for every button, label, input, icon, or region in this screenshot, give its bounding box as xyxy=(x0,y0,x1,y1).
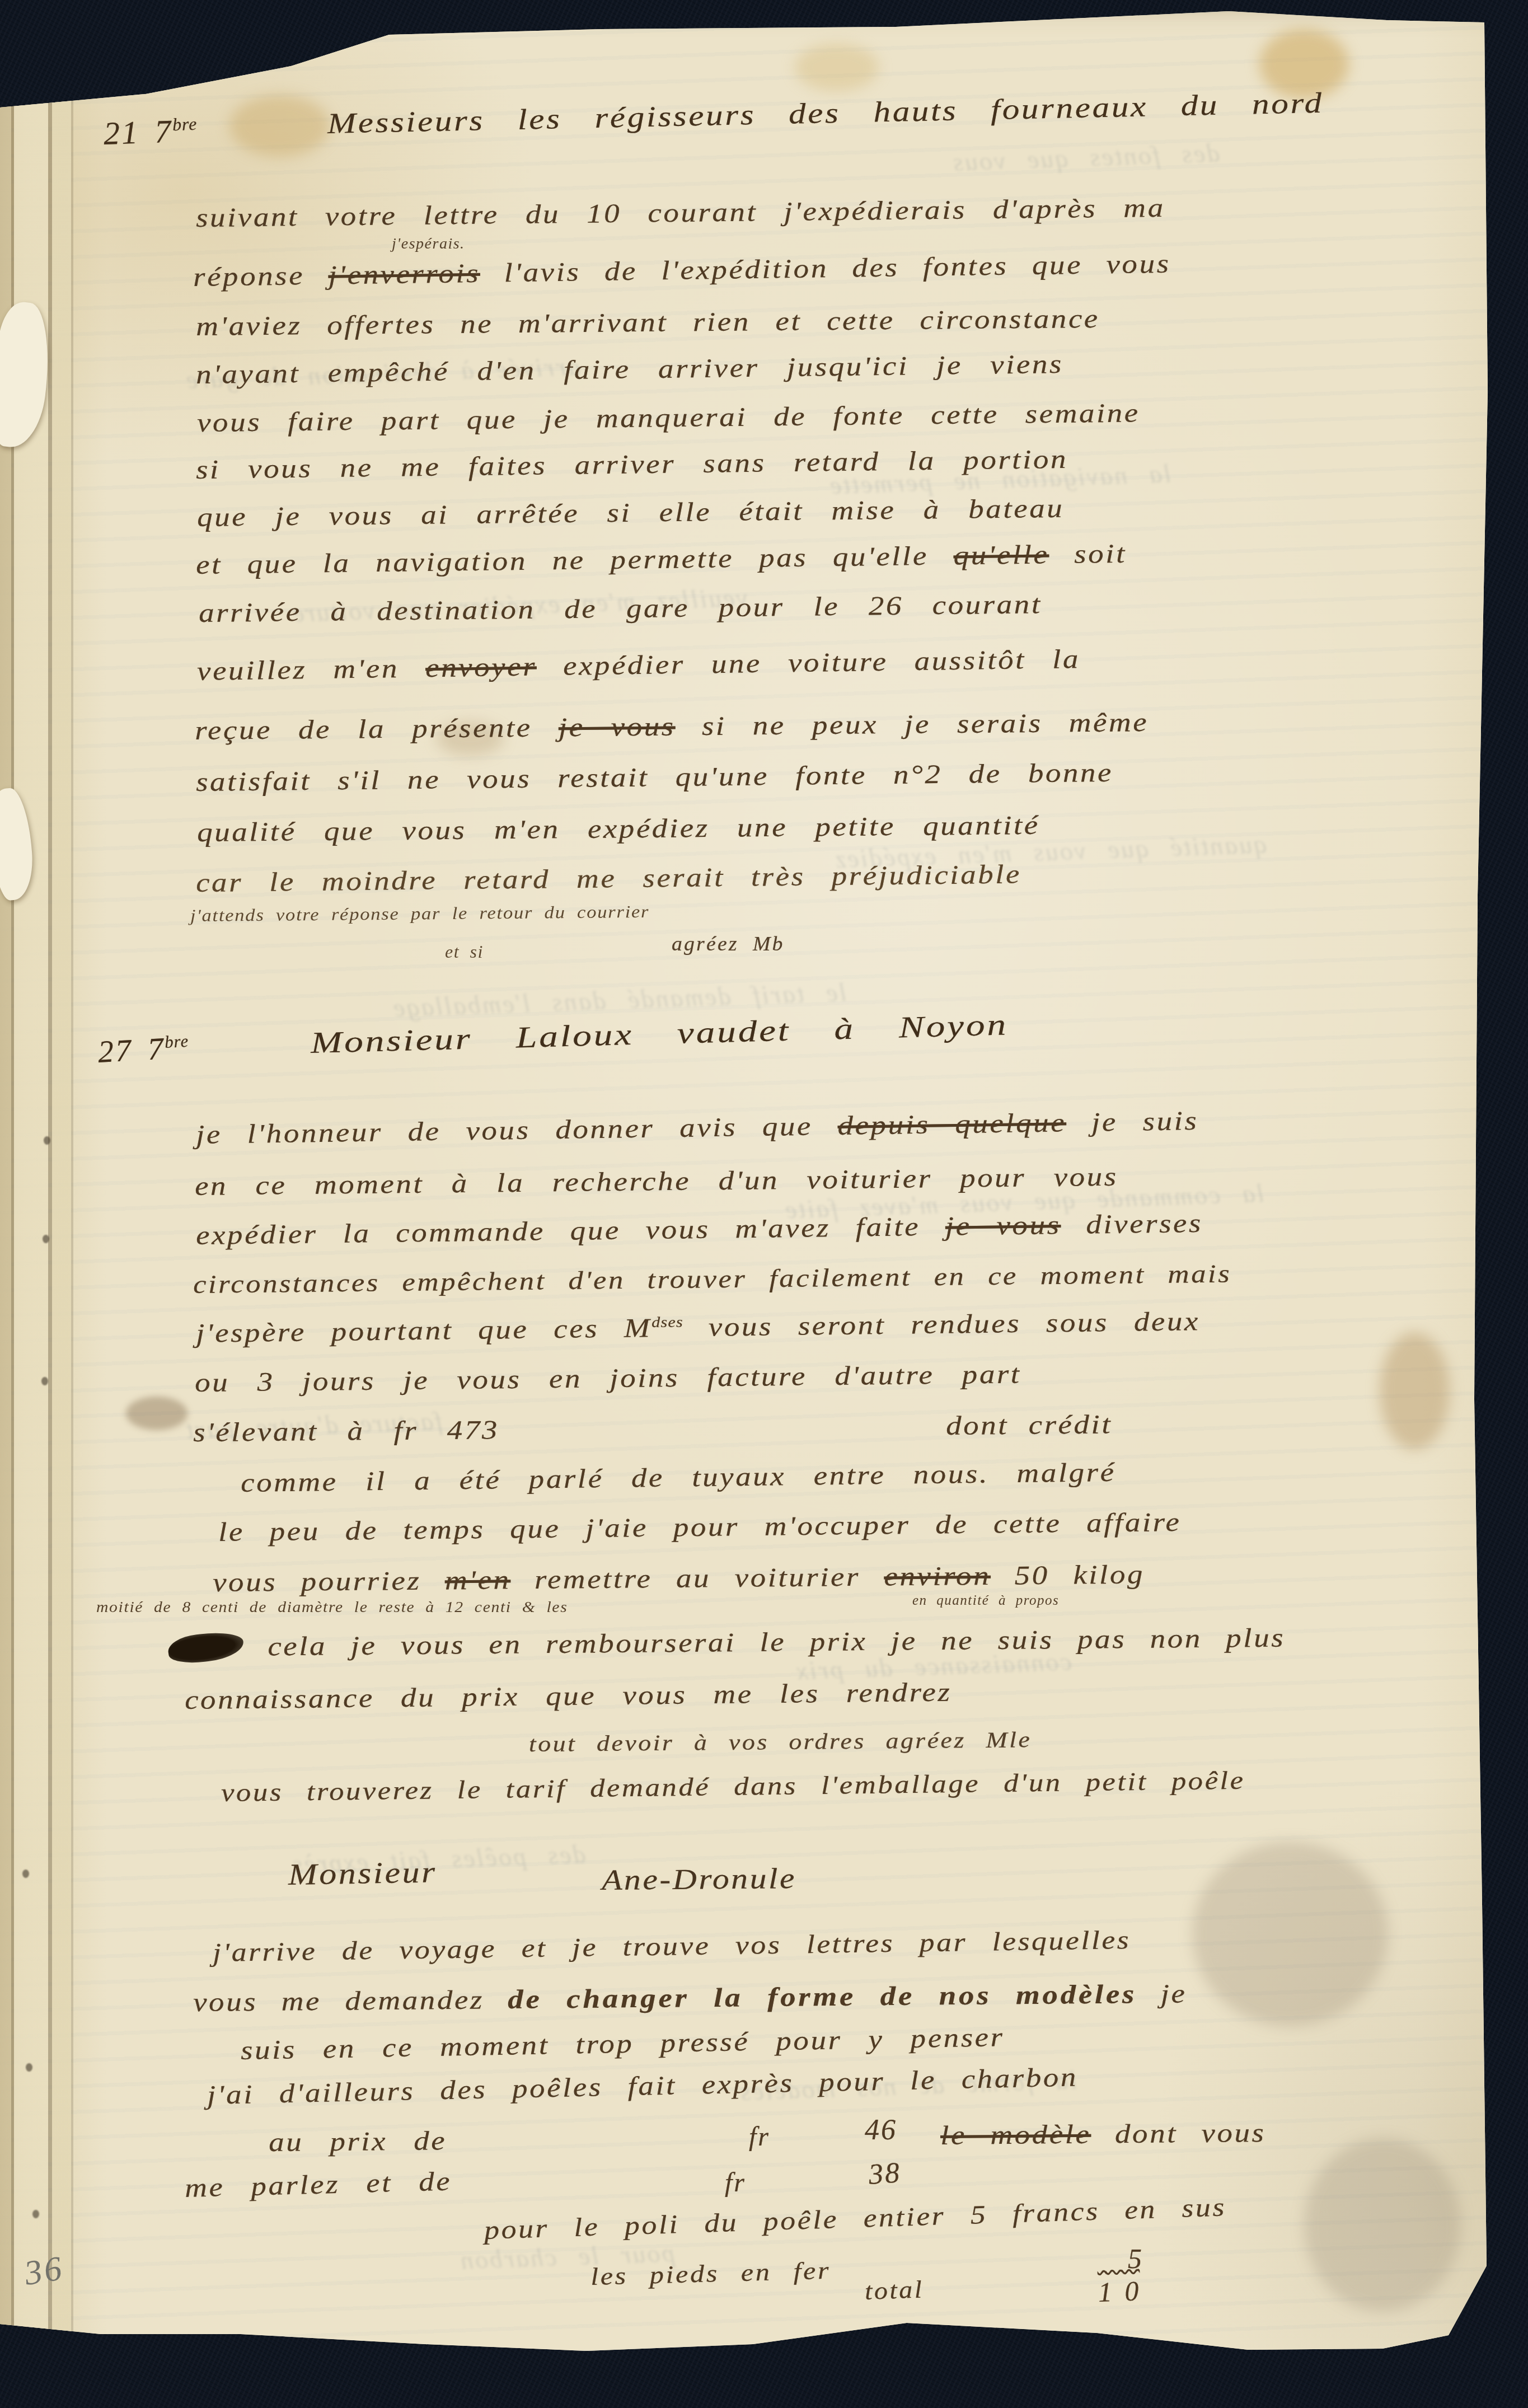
sewing-hole xyxy=(32,2210,39,2218)
letter-undated-line: j'ai d'ailleurs des poêles fait exprès p… xyxy=(207,2062,1078,2111)
letter-21-septembre-line: vous faire part que je manquerai de font… xyxy=(197,397,1140,438)
letter-undated-line: le modèle dont vous xyxy=(940,2117,1266,2151)
letter-undated-line: Monsieur xyxy=(288,1854,437,1892)
ink-stain xyxy=(229,95,330,157)
letter-undated-line: au prix de xyxy=(269,2125,447,2158)
letter-undated-line: j'arrive de voyage et je trouve vos lett… xyxy=(213,1925,1131,1968)
letter-27-septembre-line: 27 7bre xyxy=(97,1030,190,1070)
superscript: bre xyxy=(172,114,198,135)
struck-word: le modèle xyxy=(940,2120,1091,2151)
sewing-hole xyxy=(41,1377,48,1385)
struck-word: je vous xyxy=(945,1210,1061,1242)
letter-27-septembre-line: vous trouverez le tarif demandé dans l'e… xyxy=(221,1765,1245,1807)
letter-21-septembre-line: satisfait s'il ne vous restait qu'une fo… xyxy=(196,757,1113,798)
manuscript-page: des fontes que vousarrivée à destination… xyxy=(0,0,1528,2408)
letter-21-septembre-line: m'aviez offertes ne m'arrivant rien et c… xyxy=(196,303,1100,342)
struck-word: m'en xyxy=(445,1565,511,1595)
letter-27-septembre-line: vous pourriez m'en remettre au voiturier… xyxy=(213,1559,1145,1598)
letter-undated-line: total xyxy=(864,2275,924,2306)
letter-27-septembre-line: ou 3 jours je vous en joins facture d'au… xyxy=(195,1359,1021,1398)
sewing-hole xyxy=(44,1136,50,1145)
letter-undated-line: les pieds en fer xyxy=(590,2256,831,2291)
ink-blot xyxy=(166,1629,246,1666)
letter-undated-line: me parlez et de xyxy=(184,2166,452,2204)
sewing-hole xyxy=(43,1235,49,1243)
letter-21-septembre-line: réponse j'enverrois l'avis de l'expéditi… xyxy=(193,249,1171,293)
letter-undated-line: fr xyxy=(749,2121,770,2152)
letter-undated-line: 5 xyxy=(1128,2242,1143,2275)
letter-21-septembre-line: et que la navigation ne permette pas qu'… xyxy=(196,538,1127,580)
letter-21-septembre-line: et si xyxy=(445,941,484,962)
letter-27-septembre-line: dont crédit xyxy=(946,1409,1113,1441)
superscript: dses xyxy=(651,1313,683,1331)
letter-21-septembre-line: suivant votre lettre du 10 courant j'exp… xyxy=(196,193,1165,233)
letter-undated-line: 38 xyxy=(868,2156,902,2191)
letter-21-septembre-line: Messieurs les régisseurs des hauts fourn… xyxy=(327,87,1324,140)
ink-smear xyxy=(126,1397,188,1430)
letter-21-septembre-line: j'espérais. xyxy=(392,235,465,253)
struck-word: envoyer xyxy=(425,652,537,683)
struck-word: qu'elle xyxy=(953,540,1049,570)
folio-page-number: 36 xyxy=(22,2248,67,2294)
letter-21-septembre-line: reçue de la présente je vous si ne peux … xyxy=(195,707,1149,746)
summed-total: 1 0 xyxy=(1098,2275,1141,2308)
letter-21-septembre-line: que je vous ai arrêtée si elle était mis… xyxy=(197,493,1065,533)
ink-stain xyxy=(795,44,879,91)
bleedthrough-line: des fontes que vous xyxy=(951,138,1220,177)
letter-27-septembre-line: en quantité à propos xyxy=(912,1593,1059,1609)
letter-21-septembre-line: veuillez m'en envoyer expédier une voitu… xyxy=(197,644,1081,687)
struck-word: depuis quelque xyxy=(837,1108,1066,1141)
struck-word: j'enverrois xyxy=(328,259,480,291)
letter-21-septembre-line: 21 7bre xyxy=(103,111,198,152)
letter-27-septembre-line: j'espère pourtant que ces Mdses vous ser… xyxy=(196,1306,1200,1349)
letter-21-septembre-line: car le moindre retard me serait très pré… xyxy=(196,859,1021,898)
letter-undated-line: Ane-Dronule xyxy=(602,1862,796,1897)
ink-stain xyxy=(1380,1332,1450,1450)
letter-27-septembre-line: tout devoir à vos ordres agréez Mle xyxy=(529,1726,1032,1757)
letter-21-septembre-line: agréez Mb xyxy=(672,932,785,955)
letter-27-septembre-line: comme il a été parlé de tuyaux entre nou… xyxy=(241,1457,1116,1498)
letter-undated-line: vous me demandez de changer la forme de … xyxy=(193,1979,1187,2018)
emphasized-words: de changer la forme de nos modèles xyxy=(508,1979,1137,2015)
letter-21-septembre-line: arrivée à destination de gare pour le 26… xyxy=(199,589,1042,629)
letter-27-septembre-line: circonstances empêchent d'en trouver fac… xyxy=(193,1259,1232,1299)
sewing-hole xyxy=(22,1870,29,1878)
struck-word: environ xyxy=(884,1561,991,1592)
letter-undated-line: 46 xyxy=(865,2114,897,2147)
letter-undated-line: fr xyxy=(725,2167,746,2198)
letter-27-septembre-line: expédier la commande que vous m'avez fai… xyxy=(196,1208,1203,1251)
smudge-stain xyxy=(1304,2138,1461,2312)
struck-word: je vous xyxy=(559,712,676,743)
letter-undated-line: pour le poli du poêle entier 5 francs en… xyxy=(484,2192,1226,2246)
letter-27-septembre-line: cela je vous en rembourserai le prix je … xyxy=(168,1623,1285,1663)
letter-21-septembre-line: j'attends votre réponse par le retour du… xyxy=(190,902,650,926)
superscript: bre xyxy=(164,1032,189,1052)
letter-21-septembre-line: n'ayant empêché d'en faire arriver jusqu… xyxy=(196,349,1063,390)
letter-27-septembre-line: s'élevant à fr 473 xyxy=(193,1414,499,1448)
letter-27-septembre-line: moitié de 8 centi de diamètre le reste à… xyxy=(96,1599,568,1616)
letter-27-septembre-line: connaissance du prix que vous me les ren… xyxy=(185,1677,952,1716)
letter-27-septembre-line: le peu de temps que j'aie pour m'occuper… xyxy=(218,1507,1182,1548)
letter-27-septembre-line: je l'honneur de vous donner avis que dep… xyxy=(196,1105,1199,1150)
letter-undated-line: 1 0 xyxy=(1098,2274,1141,2308)
smudge-stain xyxy=(1192,1842,1388,2026)
letter-undated-line: suis en ce moment trop pressé pour y pen… xyxy=(241,2022,1005,2066)
sewing-hole xyxy=(26,2063,32,2072)
